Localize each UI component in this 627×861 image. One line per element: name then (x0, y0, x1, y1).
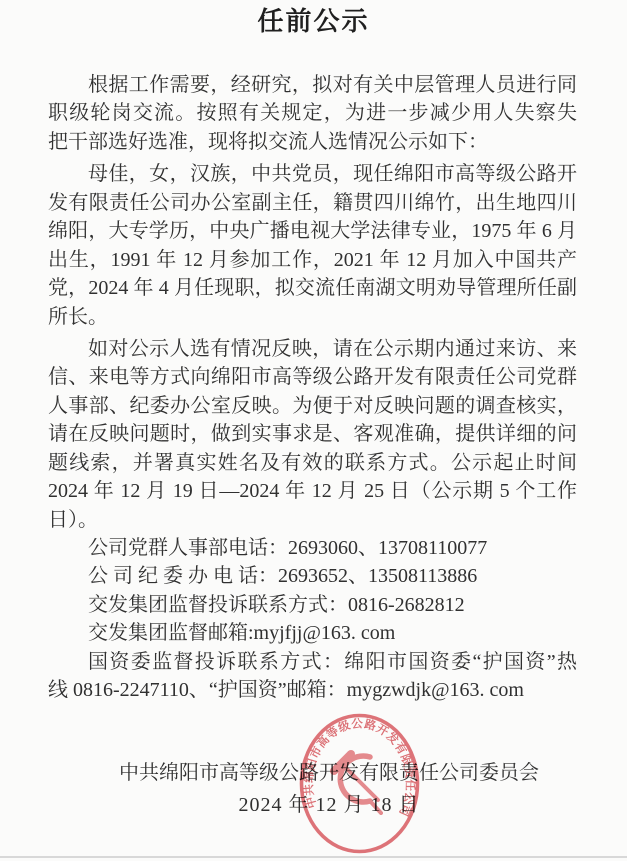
paragraph-intro: 根据工作需要，经研究，拟对有关中层管理人员进行同 职级轮岗交流。按照有关规定，为… (48, 71, 577, 156)
text-line: 所长。 (48, 303, 577, 331)
hr-dept-phone-line: 公司党群人事部电话：2693060、13708110077 (48, 534, 577, 562)
issue-date: 2024 年 12 月 18 日 (119, 791, 539, 819)
text-line: 信、来电等方式向绵阳市高等级公路开发有限责任公司党群 (48, 363, 577, 391)
text-line: 人事部、纪委办公室反映。为便于对反映问题的调查核实， (48, 392, 577, 420)
signature-block: 中共绵阳市高等级公路开发有限责任公司委员会 2024 年 12 月 18 日 (119, 759, 539, 820)
document-body: 根据工作需要，经研究，拟对有关中层管理人员进行同 职级轮岗交流。按照有关规定，为… (48, 71, 577, 820)
page-bottom-edge (0, 856, 627, 858)
scanned-document-page: 任前公示 根据工作需要，经研究，拟对有关中层管理人员进行同 职级轮岗交流。按照有… (0, 0, 627, 861)
text-line: 2024 年 12 月 19 日—2024 年 12 月 25 日（公示期 5 … (48, 477, 577, 505)
text-line: 发有限责任公司办公室副主任，籍贯四川绵竹，出生地四川 (48, 189, 577, 217)
text-line: 题线索，并署真实姓名及有效的联系方式。公示起止时间 (48, 449, 577, 477)
text-line: 如对公示人选有情况反映，请在公示期内通过来访、来 (48, 335, 577, 363)
sasac-complaint-line-2: 线 0816-2247110、“护国资”邮箱：mygzwdjk@163. com (48, 676, 577, 704)
text-line: 出生，1991 年 12 月参加工作，2021 年 12 月加入中国共产 (48, 246, 577, 274)
text-line: 日）。 (48, 506, 577, 534)
sasac-complaint-line-1: 国资委监督投诉联系方式：绵阳市国资委“护国资”热 (48, 648, 577, 676)
paragraph-feedback-instructions: 如对公示人选有情况反映，请在公示期内通过来访、来 信、来电等方式向绵阳市高等级公… (48, 335, 577, 534)
document-title: 任前公示 (0, 0, 627, 40)
group-supervision-email-line: 交发集团监督邮箱:myjfjj@163. com (48, 619, 577, 647)
issuing-organization: 中共绵阳市高等级公路开发有限责任公司委员会 (119, 759, 539, 787)
contact-list: 公司党群人事部电话：2693060、13708110077 公 司 纪 委 办 … (48, 534, 577, 705)
text-line: 绵阳，大专学历，中央广播电视大学法律专业，1975 年 6 月 (48, 217, 577, 245)
discipline-office-phone-line: 公 司 纪 委 办 电 话：2693652、13508113886 (48, 562, 577, 590)
text-line: 母佳，女，汉族，中共党员，现任绵阳市高等级公路开 (48, 160, 577, 188)
text-line: 党，2024 年 4 月任现职，拟交流任南湖文明劝导管理所任副 (48, 274, 577, 302)
text-line: 把干部选好选准，现将拟交流人选情况公示如下： (48, 128, 577, 156)
group-complaint-phone-line: 交发集团监督投诉联系方式：0816-2682812 (48, 591, 577, 619)
text-line: 请在反映问题时，做到实事求是、客观准确，提供详细的问 (48, 420, 577, 448)
text-line: 根据工作需要，经研究，拟对有关中层管理人员进行同 (48, 71, 577, 99)
text-line: 职级轮岗交流。按照有关规定，为进一步减少用人失察失误， (48, 99, 577, 127)
paragraph-candidate-profile: 母佳，女，汉族，中共党员，现任绵阳市高等级公路开 发有限责任公司办公室副主任，籍… (48, 160, 577, 331)
